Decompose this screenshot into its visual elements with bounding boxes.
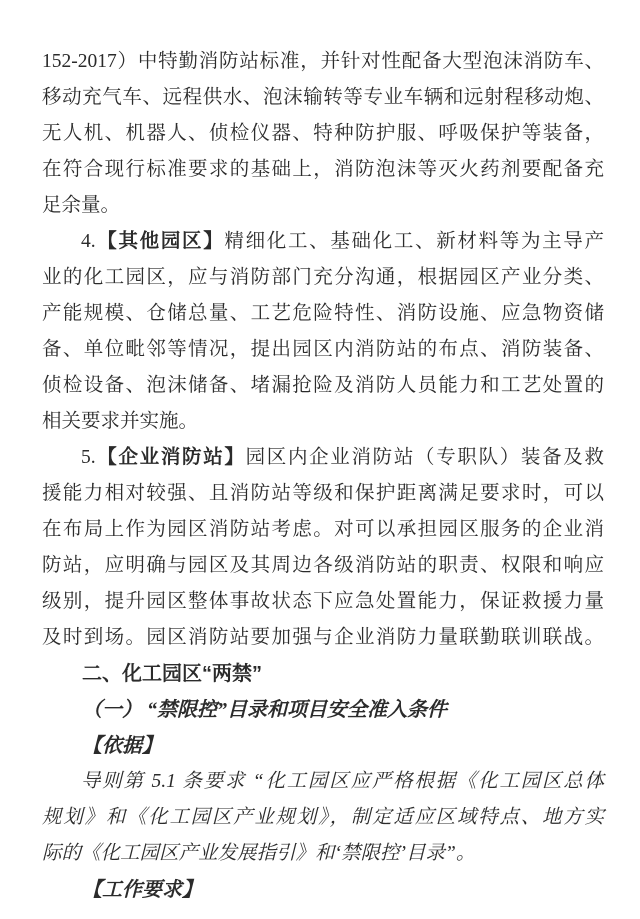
text-run: 导则第 5.1 条要求 “化工园区应严格根据《化工园区总体	[81, 771, 604, 792]
paragraph-item5-enterprise-fire-station-line: 防站，应明确与园区及其周边各级消防站的职责、权限和响应	[42, 548, 604, 584]
heading-section-two-liangjin-line: 二、化工园区“两禁”	[42, 656, 604, 692]
text-run: 规划》和《化工园区产业规划》，制定适应区域特点、地方实	[42, 807, 604, 828]
text-run: 移动充气车、远程供水、泡沫输转等专业车辆和远射程移动炮、	[42, 87, 604, 108]
paragraph-fire-station-standard-line: 移动充气车、远程供水、泡沫输转等专业车辆和远射程移动炮、	[42, 80, 604, 116]
text-run: 园区内企业消防站（专职队）装备及救	[246, 447, 604, 468]
text-run: 侦检设备、泡沫储备、堵漏抢险及消防人员能力和工艺处置的	[42, 375, 604, 396]
paragraph-fire-station-standard-line: 足余量。	[42, 188, 604, 224]
label-basis-line: 【依据】	[42, 728, 604, 764]
text-run: 152-2017）中特勤消防站标准，并针对性配备大型泡沫消防车、	[42, 51, 604, 72]
bold-bracket-tag: 【企业消防站】	[96, 447, 246, 468]
paragraph-fire-station-standard-line: 152-2017）中特勤消防站标准，并针对性配备大型泡沫消防车、	[42, 44, 604, 80]
paragraph-guideline-5-1-line: 导则第 5.1 条要求 “化工园区应严格根据《化工园区总体	[42, 764, 604, 800]
text-run: 际的《化工园区产业发展指引》和‘禁限控’目录”。	[42, 843, 475, 864]
text-run: 在符合现行标准要求的基础上，消防泡沫等灭火药剂要配备充	[42, 159, 604, 180]
text-run: 援能力相对较强、且消防站等级和保护距离满足要求时，可以	[42, 483, 604, 504]
paragraph-item5-enterprise-fire-station-line: 级别，提升园区整体事故状态下应急处置能力，保证救援力量	[42, 584, 604, 620]
text-run: 级别，提升园区整体事故状态下应急处置能力，保证救援力量	[42, 591, 604, 612]
text-run: 在布局上作为园区消防站考虑。对可以承担园区服务的企业消	[42, 519, 604, 540]
text-run: 及时到场。园区消防站要加强与企业消防力量联勤联训联战。	[42, 627, 604, 648]
text-run: （一） “禁限控”目录和项目安全准入条件	[82, 699, 447, 721]
bold-bracket-tag: 【其他园区】	[96, 231, 225, 252]
paragraph-fire-station-standard-line: 无人机、机器人、侦检仪器、特种防护服、呼吸保护等装备，	[42, 116, 604, 152]
paragraph-item5-enterprise-fire-station-line: 5.【企业消防站】园区内企业消防站（专职队）装备及救	[42, 440, 604, 476]
text-run: 二、化工园区“两禁”	[82, 663, 262, 685]
paragraph-item5-enterprise-fire-station-line: 在布局上作为园区消防站考虑。对可以承担园区服务的企业消	[42, 512, 604, 548]
text-run: 足余量。	[42, 195, 120, 216]
text-run: 【依据】	[82, 735, 162, 757]
text-run: 精细化工、基础化工、新材料等为主导产	[224, 231, 604, 252]
text-run: 相关要求并实施。	[42, 411, 198, 432]
document-page: 152-2017）中特勤消防站标准，并针对性配备大型泡沫消防车、移动充气车、远程…	[0, 0, 640, 919]
text-run: 【工作要求】	[82, 879, 202, 901]
text-run: 5.	[81, 447, 96, 468]
paragraph-item4-other-parks-line: 备、单位毗邻等情况，提出园区内消防站的布点、消防装备、	[42, 332, 604, 368]
paragraph-item4-other-parks-line: 相关要求并实施。	[42, 404, 604, 440]
paragraph-guideline-5-1-line: 规划》和《化工园区产业规划》，制定适应区域特点、地方实	[42, 800, 604, 836]
label-work-requirements-line: 【工作要求】	[42, 872, 604, 908]
text-run: 备、单位毗邻等情况，提出园区内消防站的布点、消防装备、	[42, 339, 604, 360]
paragraph-guideline-5-1-line: 际的《化工园区产业发展指引》和‘禁限控’目录”。	[42, 836, 604, 872]
paragraph-fire-station-standard-line: 在符合现行标准要求的基础上，消防泡沫等灭火药剂要配备充	[42, 152, 604, 188]
paragraph-item5-enterprise-fire-station-line: 援能力相对较强、且消防站等级和保护距离满足要求时，可以	[42, 476, 604, 512]
text-run: 防站，应明确与园区及其周边各级消防站的职责、权限和响应	[42, 555, 604, 576]
text-run: 无人机、机器人、侦检仪器、特种防护服、呼吸保护等装备，	[42, 123, 604, 144]
paragraph-item4-other-parks-line: 侦检设备、泡沫储备、堵漏抢险及消防人员能力和工艺处置的	[42, 368, 604, 404]
text-run: 业的化工园区，应与消防部门充分沟通，根据园区产业分类、	[42, 267, 604, 288]
document-content: 152-2017）中特勤消防站标准，并针对性配备大型泡沫消防车、移动充气车、远程…	[42, 44, 604, 908]
text-run: 产能规模、仓储总量、工艺危险特性、消防设施、应急物资储	[42, 303, 604, 324]
paragraph-item4-other-parks-line: 产能规模、仓储总量、工艺危险特性、消防设施、应急物资储	[42, 296, 604, 332]
text-run: 4.	[81, 231, 96, 252]
paragraph-item4-other-parks-line: 4.【其他园区】精细化工、基础化工、新材料等为主导产	[42, 224, 604, 260]
paragraph-item4-other-parks-line: 业的化工园区，应与消防部门充分沟通，根据园区产业分类、	[42, 260, 604, 296]
paragraph-item5-enterprise-fire-station-line: 及时到场。园区消防站要加强与企业消防力量联勤联训联战。	[42, 620, 604, 656]
heading-subsection-one-jinxiankong-line: （一） “禁限控”目录和项目安全准入条件	[42, 692, 604, 728]
